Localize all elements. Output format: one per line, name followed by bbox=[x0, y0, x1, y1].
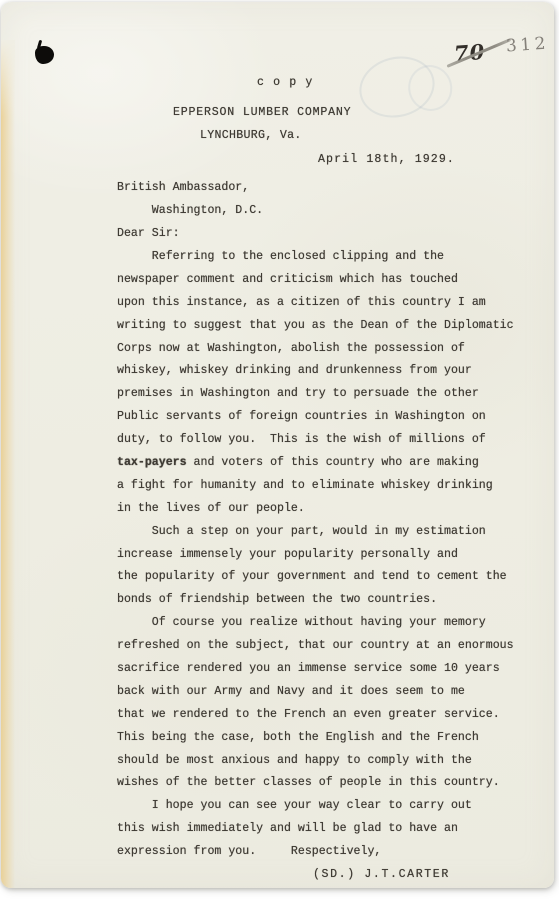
letter-line: This being the case, both the English an… bbox=[117, 727, 514, 750]
recipient-name: British Ambassador, bbox=[117, 177, 249, 200]
letter-line: sacrifice rendered you an immense servic… bbox=[117, 658, 514, 681]
letter-line: newspaper comment and criticism which ha… bbox=[117, 269, 514, 292]
letter-line: the popularity of your government and te… bbox=[117, 566, 514, 589]
letter-line: expression from you. Respectively, bbox=[117, 841, 514, 864]
company-location: LYNCHBURG, Va. bbox=[200, 125, 302, 148]
document-scan: 70 312 c o p y EPPERSON LUMBER COMPANY L… bbox=[0, 0, 559, 900]
company-name: EPPERSON LUMBER COMPANY bbox=[173, 102, 351, 125]
letter-line: I hope you can see your way clear to car… bbox=[117, 795, 514, 818]
ink-blot-mark bbox=[35, 46, 54, 64]
letter-line: Corps now at Washington, abolish the pos… bbox=[117, 338, 514, 361]
letter-line: bonds of friendship between the two coun… bbox=[117, 589, 514, 612]
letter-date: April 18th, 1929. bbox=[318, 149, 455, 172]
letter-body: Referring to the enclosed clipping and t… bbox=[117, 246, 514, 864]
letter-line: wishes of the better classes of people i… bbox=[117, 772, 514, 795]
letter-line: that we rendered to the French an even g… bbox=[117, 704, 514, 727]
letter-line: Such a step on your part, would in my es… bbox=[117, 521, 514, 544]
page-number-stamp: 312 bbox=[505, 34, 549, 57]
letter-line: Of course you realize without having you… bbox=[117, 612, 514, 635]
letter-line: tax-payers and voters of this country wh… bbox=[117, 452, 514, 475]
letter-line: this wish immediately and will be glad t… bbox=[117, 818, 514, 841]
letter-line: should be most anxious and happy to comp… bbox=[117, 750, 514, 773]
letter-line: writing to suggest that you as the Dean … bbox=[117, 315, 514, 338]
embossed-stamp bbox=[353, 49, 441, 126]
signature: (SD.) J.T.CARTER bbox=[313, 864, 450, 887]
letter-line: Referring to the enclosed clipping and t… bbox=[117, 246, 514, 269]
letter-line: Public servants of foreign countries in … bbox=[117, 406, 514, 429]
letter-line: in the lives of our people. bbox=[117, 498, 514, 521]
letter-line: increase immensely your popularity perso… bbox=[117, 544, 514, 567]
page-aged-edge bbox=[1, 40, 15, 888]
letter-line: upon this instance, as a citizen of this… bbox=[117, 292, 514, 315]
salutation: Dear Sir: bbox=[117, 223, 180, 246]
letter-line: duty, to follow you. This is the wish of… bbox=[117, 429, 514, 452]
letter-line: whiskey, whiskey drinking and drunkennes… bbox=[117, 360, 514, 383]
copy-label: c o p y bbox=[257, 72, 313, 95]
recipient-city: Washington, D.C. bbox=[117, 200, 263, 223]
letter-line: refreshed on the subject, that our count… bbox=[117, 635, 514, 658]
letter-line: back with our Army and Navy and it does … bbox=[117, 681, 514, 704]
letter-line: a fight for humanity and to eliminate wh… bbox=[117, 475, 514, 498]
letter-page: 70 312 c o p y EPPERSON LUMBER COMPANY L… bbox=[1, 2, 554, 888]
letter-line: premises in Washington and try to persua… bbox=[117, 383, 514, 406]
